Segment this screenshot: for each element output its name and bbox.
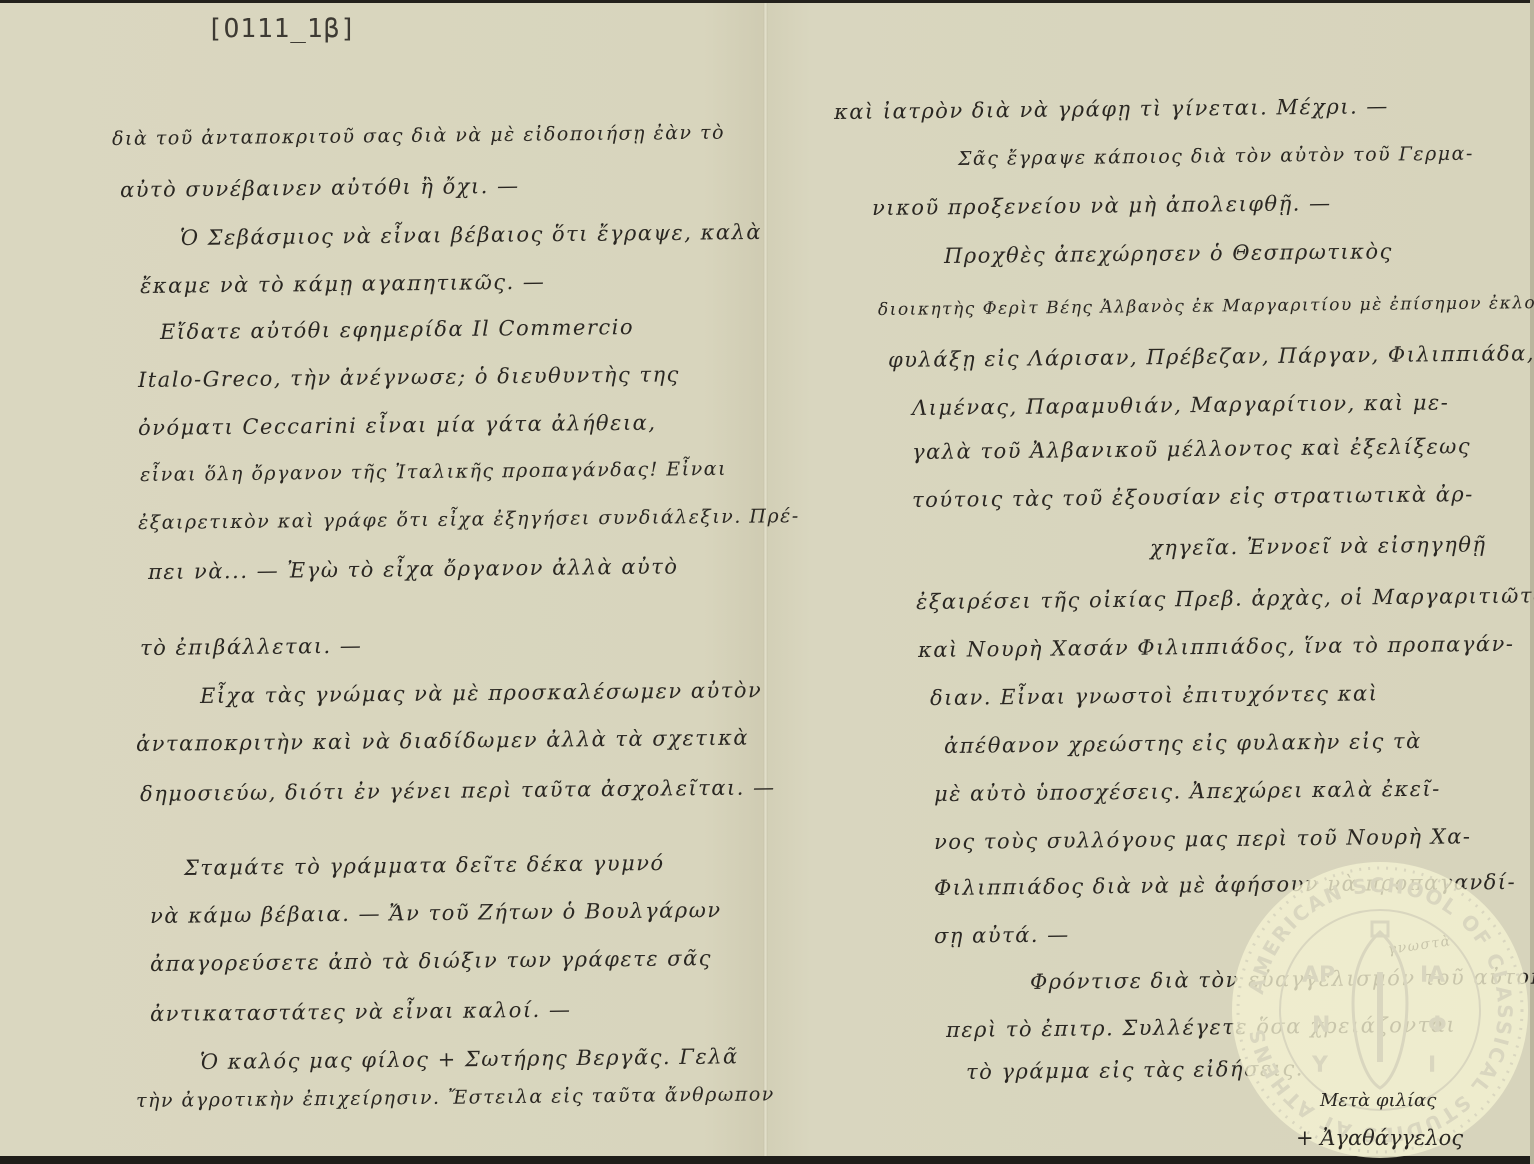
- scan-right-edge: [1530, 0, 1534, 1164]
- closing-phrase: Μετὰ φιλίας: [1320, 1090, 1436, 1111]
- signature: + Ἀγαθάγγελος: [1296, 1126, 1463, 1150]
- archive-label: [Ο111_1β]: [207, 14, 357, 44]
- svg-text:ΑΡ: ΑΡ: [1302, 963, 1335, 988]
- svg-text:Ν: Ν: [1312, 1013, 1330, 1038]
- handwritten-line: σῃ αὐτά. —: [934, 923, 1070, 948]
- scan-top-edge: [0, 0, 1534, 3]
- handwritten-line: ἔκαμε νὰ τὸ κάμῃ αγαπητικῶς. —: [140, 270, 546, 298]
- handwritten-line: ἀπέθανον χρεώστης εἰς φυλακὴν εἰς τὰ: [944, 729, 1422, 758]
- seal-emblem-icon: AMERICAN SCHOOL OF CLASSICAL STUDIES AT …: [1232, 862, 1528, 1158]
- svg-text:Φ: Φ: [1428, 1013, 1447, 1038]
- handwritten-line: νικοῦ προξενείου νὰ μὴ ἀπολειφθῇ. —: [872, 191, 1332, 220]
- handwritten-line: τὸ ἐπιβάλλεται. —: [140, 634, 363, 660]
- page-fold: [763, 0, 768, 1164]
- handwritten-line: αὐτὸ συνέβαινεν αὐτόθι ἢ ὄχι. —: [120, 174, 520, 202]
- handwritten-line: Προχθὲς ἀπεχώρησεν ὁ Θεσπρωτικὸς: [944, 239, 1393, 268]
- scanned-letter: [Ο111_1β] διὰ τοῦ ἀνταποκριτοῦ σας διὰ ν…: [0, 0, 1534, 1164]
- svg-text:ΙΑ: ΙΑ: [1420, 963, 1445, 988]
- handwritten-line: Σταμάτε τὸ γράμματα δεῖτε δέκα γυμνό: [184, 851, 665, 880]
- handwritten-line: διαν. Εἶναι γνωστοὶ ἐπιτυχόντες καὶ: [930, 681, 1379, 710]
- handwritten-line: Εἴδατε αὐτόθι εφημερίδα Il Commercio: [160, 315, 634, 344]
- institution-seal: AMERICAN SCHOOL OF CLASSICAL STUDIES AT …: [1232, 862, 1528, 1158]
- handwritten-line: ἀντικαταστάτες νὰ εἶναι καλοί. —: [150, 998, 572, 1026]
- svg-text:Υ: Υ: [1311, 1053, 1329, 1078]
- svg-text:Ι: Ι: [1428, 1053, 1436, 1078]
